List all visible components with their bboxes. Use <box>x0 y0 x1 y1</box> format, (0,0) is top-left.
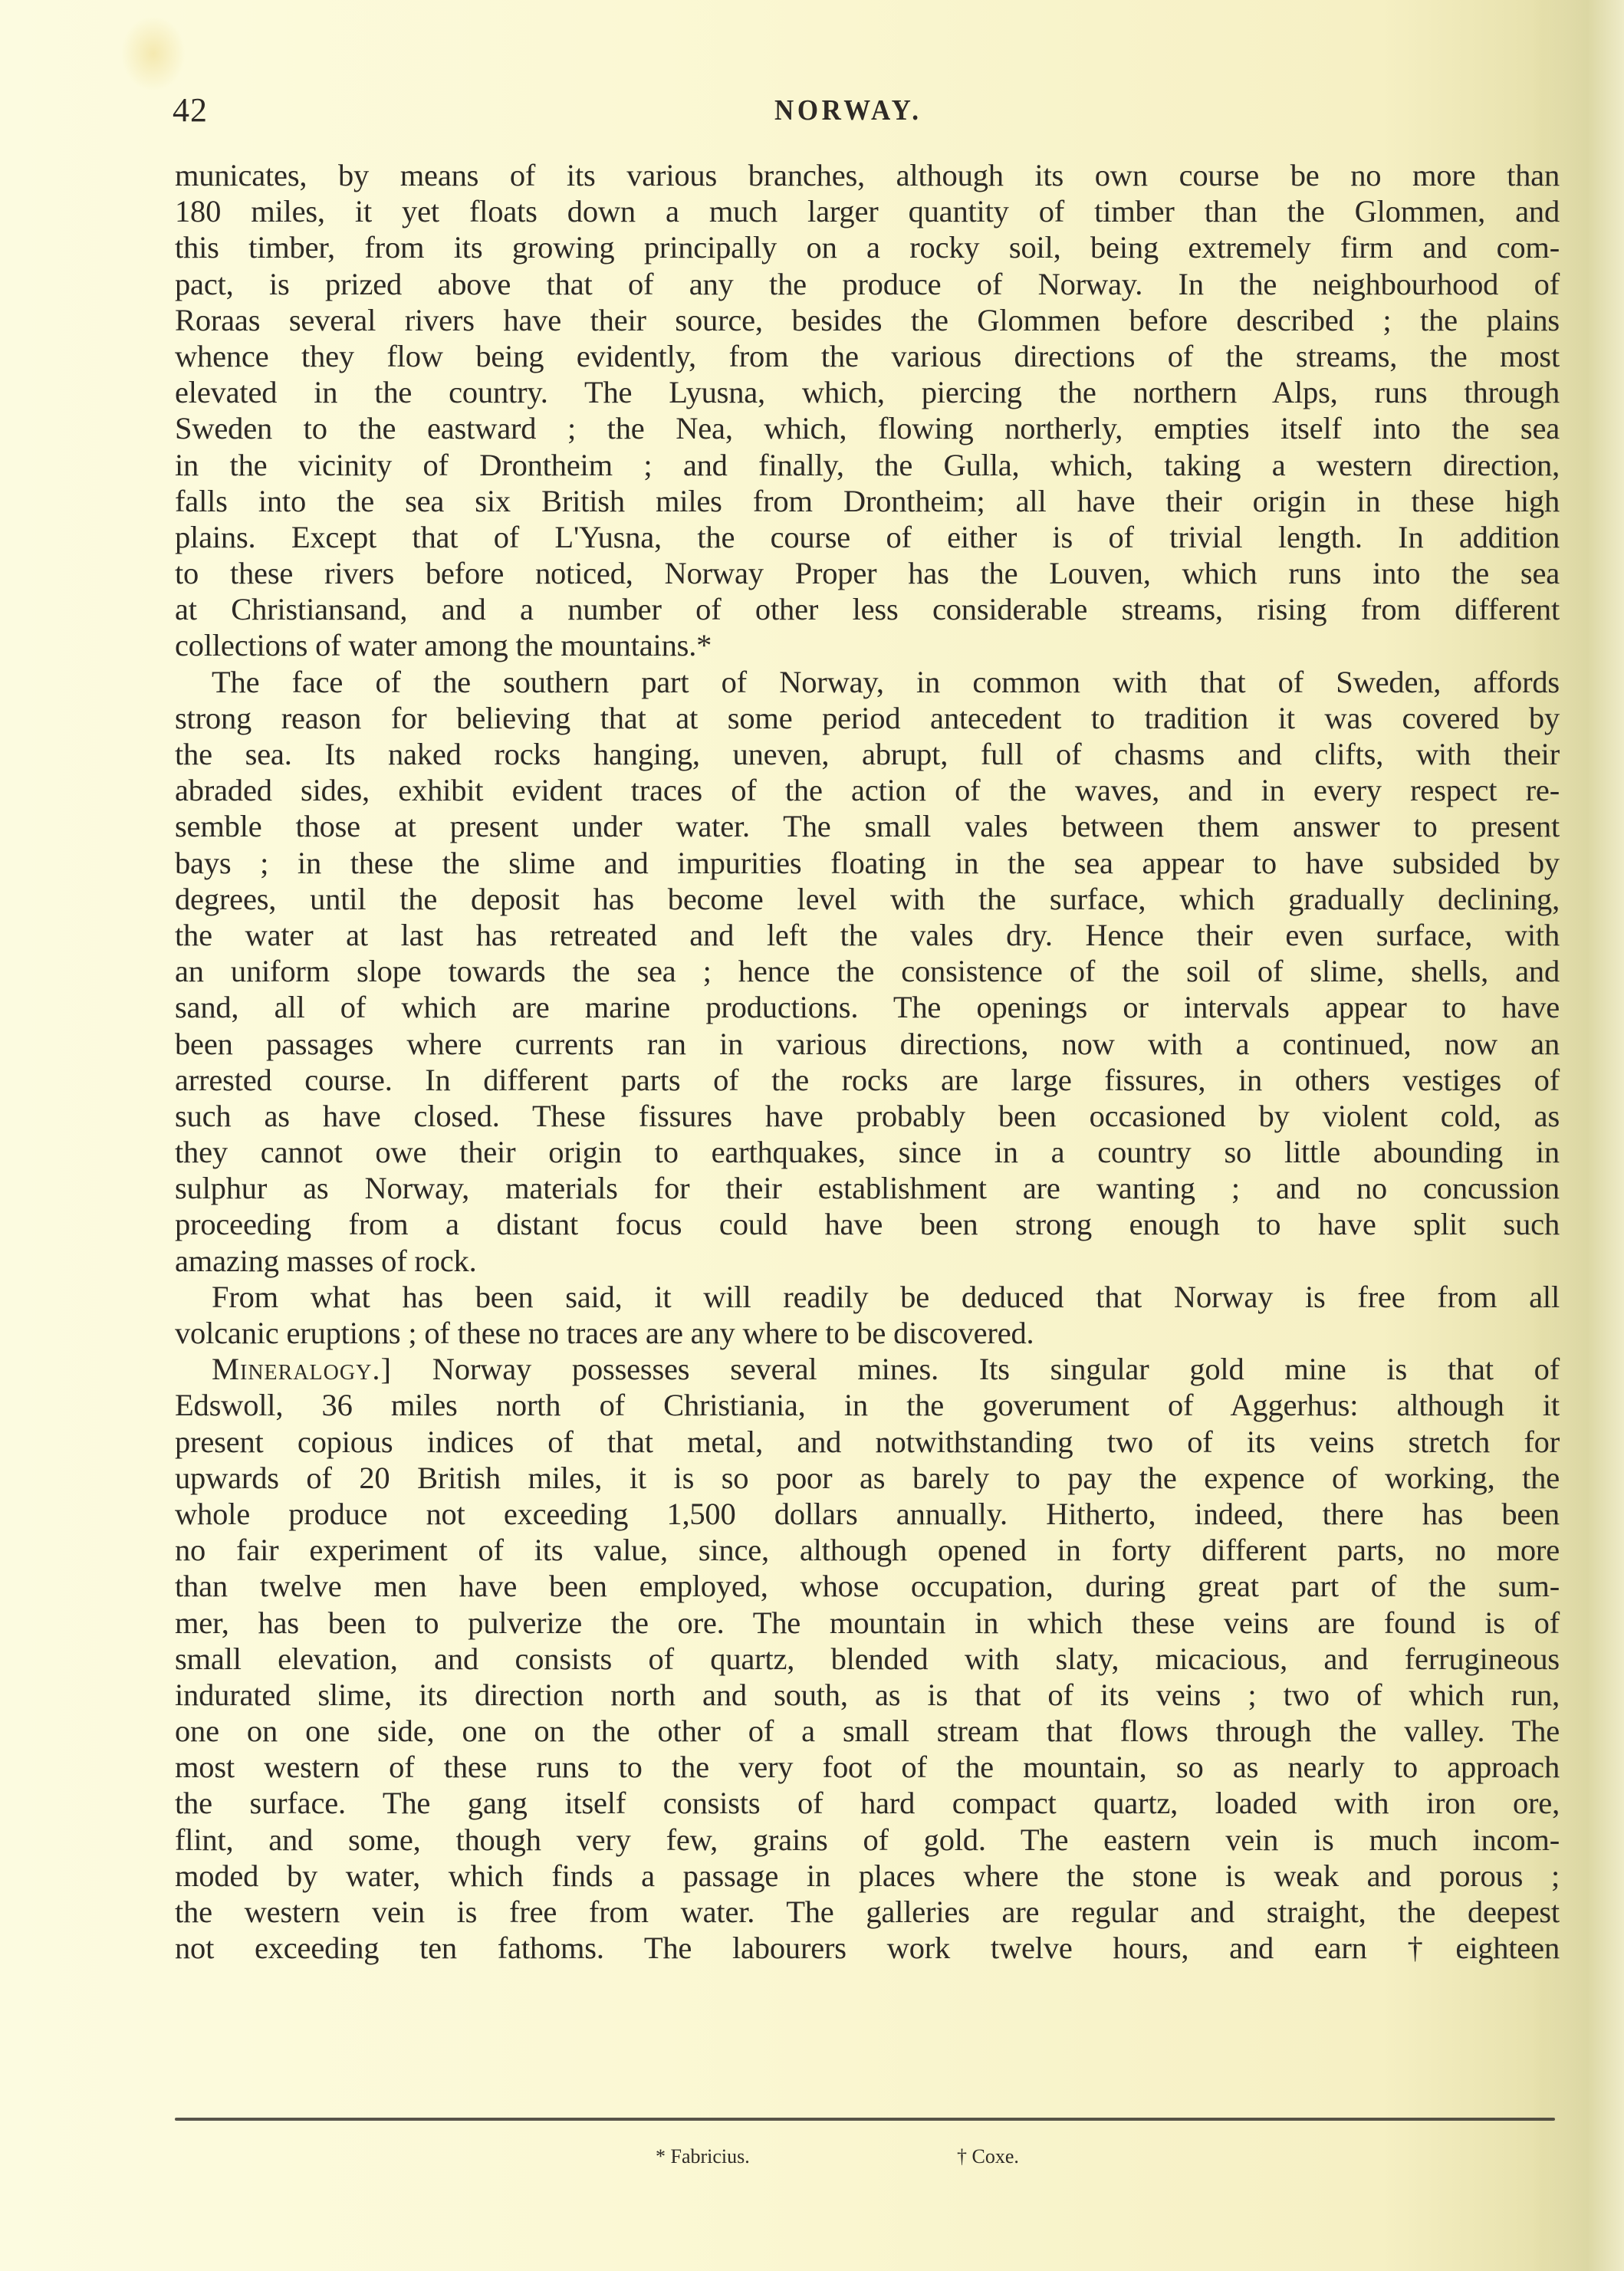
running-title: NORWAY. <box>774 94 922 127</box>
text-line: 180 miles, it yet floats down a much lar… <box>175 193 1560 229</box>
running-head: 42 NORWAY. <box>173 90 1559 136</box>
text-line: pact, is prized above that of any the pr… <box>175 266 1560 302</box>
text-line: elevated in the country. The Lyusna, whi… <box>175 374 1560 410</box>
text-line: the sea. Its naked rocks hanging, uneven… <box>175 736 1560 772</box>
text-line: municates, by means of its various branc… <box>175 157 1560 193</box>
text-line: Sweden to the eastward ; the Nea, which,… <box>175 410 1560 446</box>
footnote-coxe: † Coxe. <box>957 2145 1019 2168</box>
text-line: indurated slime, its direction north and… <box>175 1677 1560 1713</box>
text-line: small elevation, and consists of quartz,… <box>175 1641 1560 1677</box>
text-line: to these rivers before noticed, Norway P… <box>175 555 1560 591</box>
text-line: been passages where currents ran in vari… <box>175 1026 1560 1062</box>
text-line: in the vicinity of Drontheim ; and final… <box>175 447 1560 483</box>
text-line: whence they flow being evidently, from t… <box>175 338 1560 374</box>
footnotes: * Fabricius. † Coxe. <box>0 2145 1624 2176</box>
text-line: upwards of 20 British miles, it is so po… <box>175 1460 1560 1496</box>
text-line: the water at last has retreated and left… <box>175 917 1560 953</box>
text-line: the western vein is free from water. The… <box>175 1894 1560 1930</box>
text-line: Roraas several rivers have their source,… <box>175 302 1560 338</box>
text-line: whole produce not exceeding 1,500 dollar… <box>175 1496 1560 1532</box>
text-line: Edswoll, 36 miles north of Christiania, … <box>175 1387 1560 1423</box>
text-line: The face of the southern part of Norway,… <box>175 664 1560 700</box>
text-line: Mineralogy.] Norway possesses several mi… <box>175 1351 1560 1387</box>
text-line-content: Norway possesses several mines. Its sing… <box>432 1352 1560 1386</box>
text-line: collections of water among the mountains… <box>175 627 1560 663</box>
text-line: mer, has been to pulverize the ore. The … <box>175 1605 1560 1641</box>
text-line: semble those at present under water. The… <box>175 808 1560 844</box>
text-line: abraded sides, exhibit evident traces of… <box>175 772 1560 808</box>
text-line: at Christiansand, and a number of other … <box>175 591 1560 627</box>
text-line: the surface. The gang itself consists of… <box>175 1785 1560 1821</box>
text-line: no fair experiment of its value, since, … <box>175 1532 1560 1568</box>
text-line: such as have closed. These fissures have… <box>175 1098 1560 1134</box>
text-line: sulphur as Norway, materials for their e… <box>175 1170 1560 1206</box>
text-line: strong reason for believing that at some… <box>175 700 1560 736</box>
text-line: bays ; in these the slime and impurities… <box>175 845 1560 881</box>
body-text: municates, by means of its various branc… <box>175 157 1560 1966</box>
text-line: volcanic eruptions ; of these no traces … <box>175 1315 1560 1351</box>
text-line: degrees, until the deposit has become le… <box>175 881 1560 917</box>
text-line: an uniform slope towards the sea ; hence… <box>175 953 1560 989</box>
text-line: moded by water, which finds a passage in… <box>175 1858 1560 1894</box>
text-line: one on one side, one on the other of a s… <box>175 1713 1560 1749</box>
section-sidehead: Mineralogy.] <box>212 1352 392 1386</box>
text-line: sand, all of which are marine production… <box>175 989 1560 1025</box>
text-line: falls into the sea six British miles fro… <box>175 483 1560 519</box>
footnote-fabricius: * Fabricius. <box>656 2145 750 2168</box>
text-line: From what has been said, it will readily… <box>175 1279 1560 1315</box>
text-line: this timber, from its growing principall… <box>175 229 1560 265</box>
text-line: flint, and some, though very few, grains… <box>175 1822 1560 1858</box>
text-line: proceeding from a distant focus could ha… <box>175 1206 1560 1242</box>
text-line: plains. Except that of L'Yusna, the cour… <box>175 519 1560 555</box>
text-line: arrested course. In different parts of t… <box>175 1062 1560 1098</box>
page-number: 42 <box>173 90 208 130</box>
text-line: not exceeding ten fathoms. The labourers… <box>175 1930 1560 1966</box>
text-line: they cannot owe their origin to earthqua… <box>175 1134 1560 1170</box>
text-line: present copious indices of that metal, a… <box>175 1424 1560 1460</box>
footnote-rule <box>175 2118 1555 2121</box>
text-line: than twelve men have been employed, whos… <box>175 1568 1560 1604</box>
text-line: amazing masses of rock. <box>175 1243 1560 1279</box>
text-line: most western of these runs to the very f… <box>175 1749 1560 1785</box>
